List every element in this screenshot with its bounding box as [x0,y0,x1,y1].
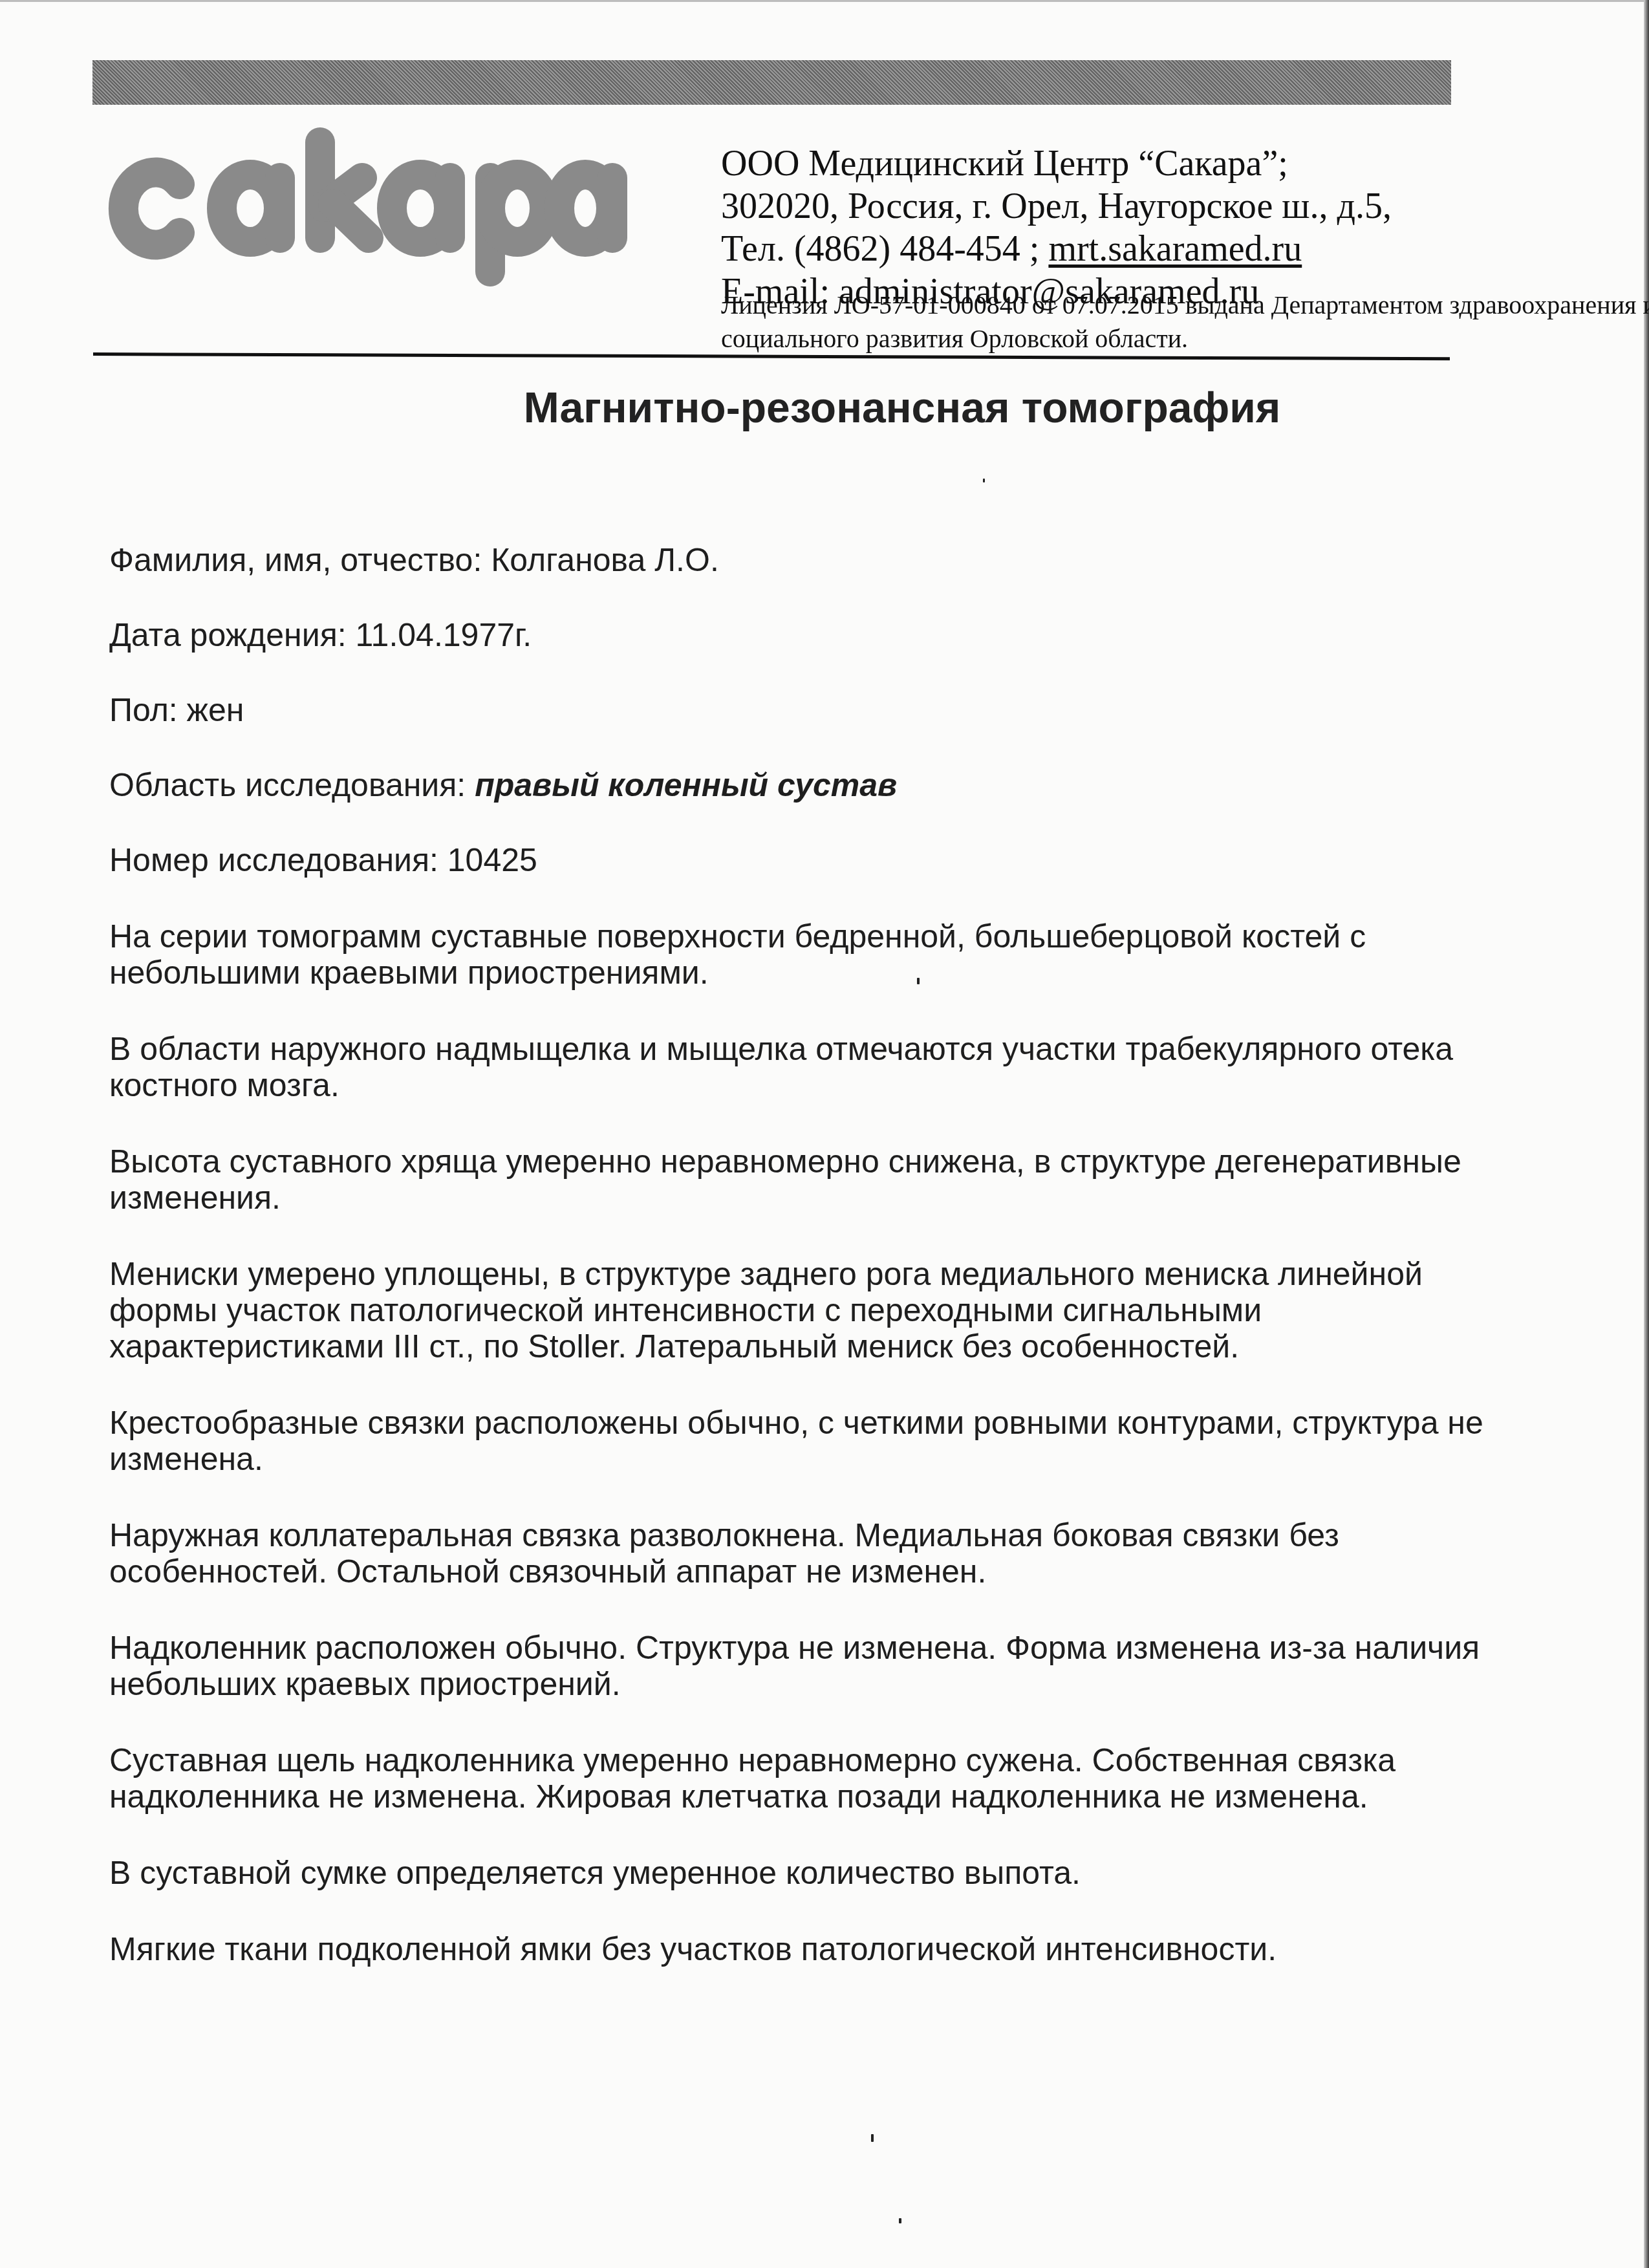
finding-paragraph: Суставная щель надколенника умеренно нер… [109,1742,1532,1815]
field-value: правый коленный сустав [475,767,897,803]
scan-speck [917,978,920,984]
license-line: социального развития Орловской области. [721,322,1649,356]
scan-speck [983,479,985,482]
report-body: Фамилия, имя, отчество: Колганова Л.О. Д… [109,542,1532,2007]
text-line: Мениски умерено уплощены, в структуре за… [109,1256,1532,1292]
text-line: Наружная коллатеральная связка разволокн… [109,1517,1532,1553]
scan-top-edge [0,0,1649,2]
company-phone: Тел. (4862) 484-454 ; [721,229,1048,269]
field-value: 10425 [447,842,537,878]
finding-paragraph: Мягкие ткани подколенной ямки без участк… [109,1931,1532,1967]
patient-name-field: Фамилия, имя, отчество: Колганова Л.О. [109,542,1532,578]
finding-paragraph: Высота суставного хряща умеренно неравно… [109,1143,1532,1216]
field-value: жен [187,692,244,728]
study-number-field: Номер исследования: 10425 [109,842,1532,878]
text-line: В суставной сумке определяется умеренное… [109,1855,1532,1891]
text-line: На серии томограмм суставные поверхности… [109,918,1532,955]
website-link[interactable]: mrt.sakaramed.ru [1048,229,1302,269]
text-line: изменена. [109,1441,1532,1477]
text-line: изменения. [109,1180,1532,1216]
company-address: 302020, Россия, г. Орел, Наугорское ш., … [721,185,1392,228]
sakara-logo: сакара [97,123,627,288]
finding-paragraph: Мениски умерено уплощены, в структуре за… [109,1256,1532,1365]
letterhead-gray-bar [92,60,1451,105]
text-line: формы участок патологической интенсивнос… [109,1292,1532,1328]
finding-paragraph: В суставной сумке определяется умеренное… [109,1855,1532,1891]
text-line: В области наружного надмыщелка и мыщелка… [109,1031,1532,1067]
company-contact-block: ООО Медицинский Центр “Сакара”; 302020, … [721,142,1392,313]
finding-paragraph: Наружная коллатеральная связка разволокн… [109,1517,1532,1590]
finding-paragraph: Крестообразные связки расположены обычно… [109,1405,1532,1477]
text-line: костного мозга. [109,1067,1532,1103]
sakara-logo-icon: сакара [97,123,627,288]
license-line: Лицензия ЛО-57-01-000840 от 07.07.2015 в… [721,288,1649,322]
document-title: Магнитно-резонансная томография [0,382,1649,433]
field-value: 11.04.1977г. [356,617,532,653]
text-line: Надколенник расположен обычно. Структура… [109,1630,1532,1666]
field-label: Фамилия, имя, отчество: [109,542,491,578]
finding-paragraph: В области наружного надмыщелка и мыщелка… [109,1031,1532,1103]
scan-speck [899,2218,901,2223]
study-area-field: Область исследования: правый коленный су… [109,767,1532,803]
text-line: Высота суставного хряща умеренно неравно… [109,1143,1532,1180]
finding-paragraph: Надколенник расположен обычно. Структура… [109,1630,1532,1702]
company-phone-line: Тел. (4862) 484-454 ; mrt.sakaramed.ru [721,228,1392,270]
field-label: Дата рождения: [109,617,356,653]
finding-paragraph: На серии томограмм суставные поверхности… [109,918,1532,991]
text-line: Мягкие ткани подколенной ямки без участк… [109,1931,1532,1967]
text-line: надколенника не изменена. Жировая клетча… [109,1778,1532,1815]
birth-date-field: Дата рождения: 11.04.1977г. [109,617,1532,653]
field-label: Область исследования: [109,767,475,803]
text-line: небольших краевых приострений. [109,1666,1532,1702]
text-line: Крестообразные связки расположены обычно… [109,1405,1532,1441]
text-line: Суставная щель надколенника умеренно нер… [109,1742,1532,1778]
text-line: небольшими краевыми приострениями. [109,955,1532,991]
field-label: Пол: [109,692,187,728]
scan-speck [871,2134,874,2142]
text-line: характеристиками III ст., по Stoller. Ла… [109,1328,1532,1365]
field-label: Номер исследования: [109,842,447,878]
sex-field: Пол: жен [109,692,1532,728]
company-name: ООО Медицинский Центр “Сакара”; [721,142,1392,185]
field-value: Колганова Л.О. [491,542,719,578]
text-line: особенностей. Остальной связочный аппара… [109,1553,1532,1590]
license-info: Лицензия ЛО-57-01-000840 от 07.07.2015 в… [721,288,1649,356]
